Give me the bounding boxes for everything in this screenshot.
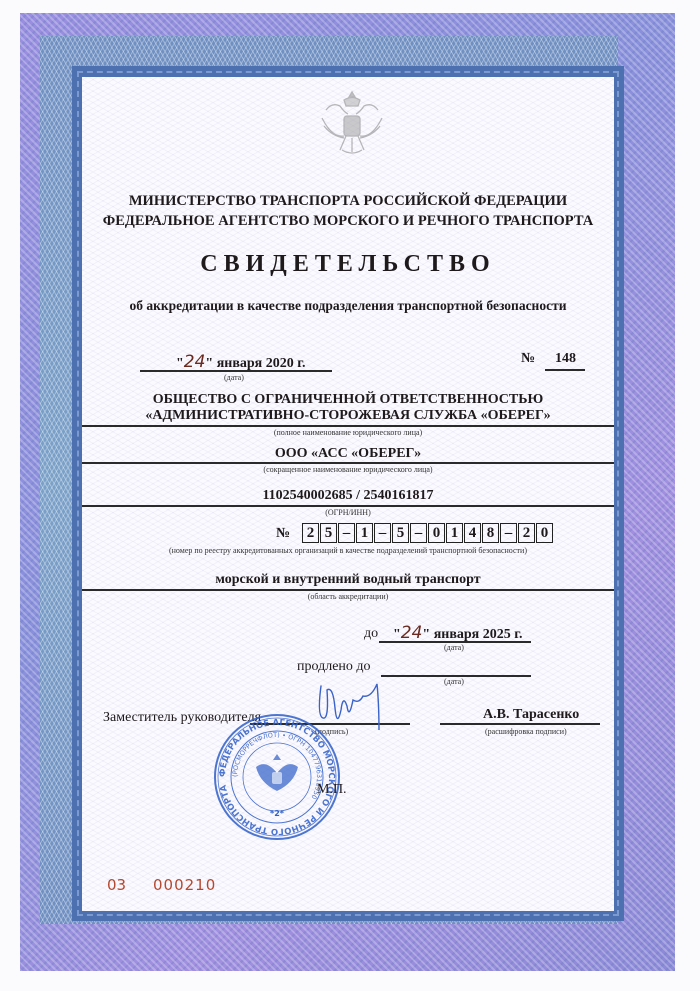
registry-digit-box: 1: [446, 523, 463, 543]
issue-date-line: [140, 370, 332, 372]
coat-of-arms-icon: [316, 88, 388, 158]
issue-day: 24: [184, 352, 206, 372]
registry-digit-box: 5: [320, 523, 337, 543]
agency-heading: ФЕДЕРАЛЬНОЕ АГЕНТСТВО МОРСКОГО И РЕЧНОГО…: [82, 213, 614, 230]
org-full-name-line2: «АДМИНИСТРАТИВНО-СТОРОЖЕВАЯ СЛУЖБА «ОБЕР…: [82, 408, 614, 424]
issue-date: "24" января 2020 г.: [176, 352, 306, 372]
registry-number-boxes: 25–1–5–0148–20: [302, 523, 554, 543]
official-seal-stamp: ФЕДЕРАЛЬНОЕ АГЕНТСТВО МОРСКОГО И РЕЧНОГО…: [212, 712, 342, 842]
ogrn-inn: 1102540002685 / 2540161817: [82, 488, 614, 504]
registry-digit-box: 0: [536, 523, 553, 543]
certificate-number-line: [545, 369, 585, 371]
org-short-name-caption: (сокращенное наименование юридического л…: [82, 465, 614, 474]
certificate-title: СВИДЕТЕЛЬСТВО: [82, 251, 614, 278]
registry-digit-box: 8: [482, 523, 499, 543]
registry-digit-box: 2: [302, 523, 319, 543]
valid-until-date: "24" января 2025 г.: [393, 623, 523, 643]
ogrn-inn-caption: (ОГРН/ИНН): [82, 508, 614, 517]
issue-date-caption: (дата): [224, 373, 244, 382]
registry-digit-box: 2: [518, 523, 535, 543]
registry-digit-box: 4: [464, 523, 481, 543]
accreditation-scope-caption: (область аккредитации): [82, 592, 614, 601]
registry-digit-box: 0: [428, 523, 445, 543]
svg-text:*2*: *2*: [270, 809, 285, 818]
registry-caption: (номер по реестру аккредитованных органи…: [82, 546, 614, 555]
signatory-name-line: [440, 723, 600, 725]
form-serial-number: 000210: [153, 876, 216, 894]
ogrn-inn-line: [82, 505, 614, 507]
registry-digit-box: –: [338, 523, 355, 543]
certificate-number: 148: [555, 351, 576, 367]
certificate-number-label: №: [521, 351, 535, 367]
signatory-name-caption: (расшифровка подписи): [485, 727, 567, 736]
registry-digit-box: 5: [392, 523, 409, 543]
org-full-name-line1: ОБЩЕСТВО С ОГРАНИЧЕННОЙ ОТВЕТСТВЕННОСТЬЮ: [82, 392, 614, 408]
registry-number-label: №: [276, 526, 290, 542]
certificate-subtitle: об аккредитации в качестве подразделения…: [82, 298, 614, 314]
accreditation-scope-line: [82, 589, 614, 591]
registry-digit-box: –: [410, 523, 427, 543]
org-short-name-line: [82, 462, 614, 464]
ministry-heading: МИНИСТЕРСТВО ТРАНСПОРТА РОССИЙСКОЙ ФЕДЕР…: [82, 193, 614, 210]
registry-digit-box: –: [374, 523, 391, 543]
registry-digit-box: 1: [356, 523, 373, 543]
valid-until-day: 24: [401, 623, 423, 643]
extended-until-caption: (дата): [444, 677, 464, 686]
org-full-name-caption: (полное наименование юридического лица): [82, 428, 614, 437]
accreditation-scope: морской и внутренний водный транспорт: [82, 572, 614, 588]
org-short-name: ООО «АСС «ОБЕРЕГ»: [82, 446, 614, 462]
valid-until-caption: (дата): [444, 643, 464, 652]
org-full-name-line: [82, 425, 614, 427]
registry-digit-box: –: [500, 523, 517, 543]
valid-until-label: до: [364, 626, 378, 642]
signatory-name: А.В. Тарасенко: [483, 707, 579, 723]
form-series: 03: [107, 876, 126, 894]
seal-placeholder-label: М.П.: [317, 782, 347, 798]
